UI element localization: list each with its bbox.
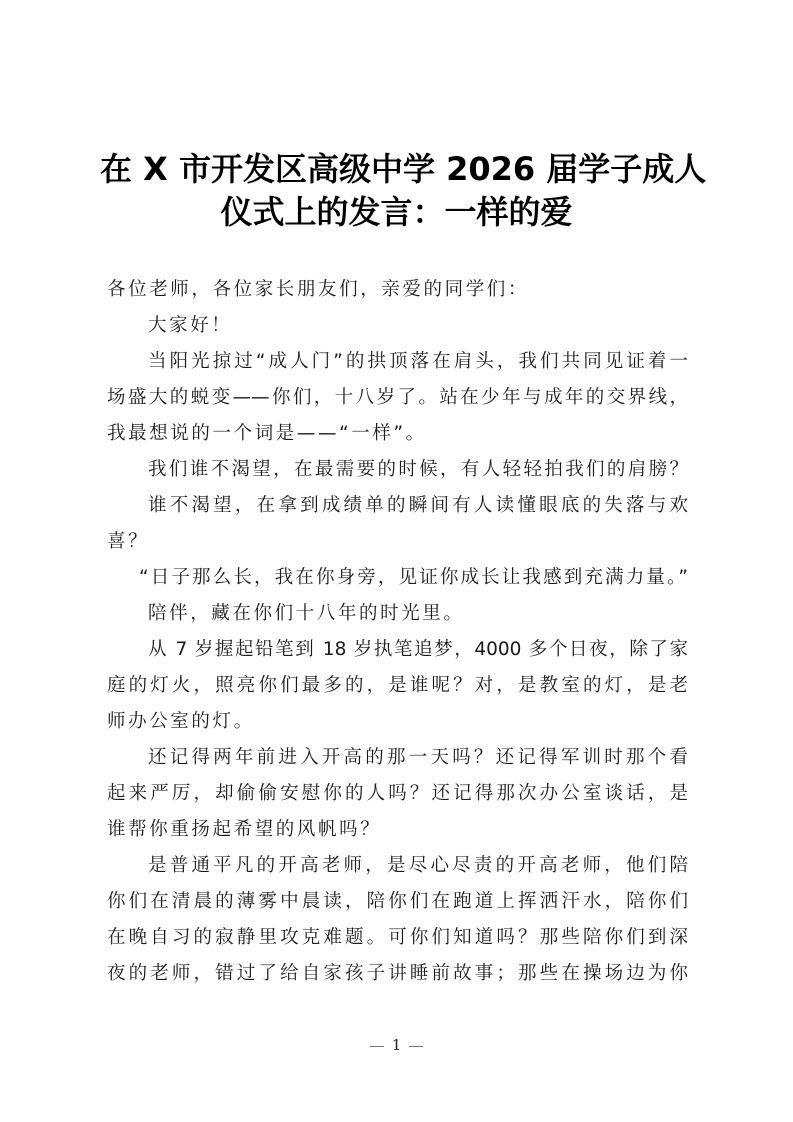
page-footer: 1: [0, 1036, 793, 1054]
text-line: 谁帮你重扬起希望的风帆吗？: [107, 812, 688, 848]
text-line: 在晚自习的寂静里攻克难题。可你们知道吗？那些陪你们到深: [107, 920, 688, 956]
footer-dash-right: [409, 1046, 423, 1047]
footer-dash-left: [370, 1046, 384, 1047]
text-line: 庭的灯火，照亮你们最多的，是谁呢？对，是教室的灯，是老: [107, 668, 688, 704]
text-line: 陪伴，藏在你们十八年的时光里。: [107, 596, 688, 632]
text-line: 大家好！: [107, 308, 688, 344]
text-line: 师办公室的灯。: [107, 704, 688, 740]
text-line: 场盛大的蜕变——你们，十八岁了。站在少年与成年的交界线，: [107, 380, 688, 416]
text-line: “日子那么长，我在你身旁，见证你成长让我感到充满力量。”: [107, 560, 688, 596]
page-number: 1: [392, 1036, 402, 1054]
text-line: 各位老师，各位家长朋友们，亲爱的同学们：: [107, 272, 688, 308]
text-line: 还记得两年前进入开高的那一天吗？还记得军训时那个看: [107, 740, 688, 776]
text-line: 起来严厉，却偷偷安慰你的人吗？还记得那次办公室谈话，是: [107, 776, 688, 812]
text-line: 喜？: [107, 524, 688, 560]
document-title: 在 X 市开发区高级中学 2026 届学子成人 仪式上的发言：一样的爱: [100, 148, 693, 234]
title-line-1: 在 X 市开发区高级中学 2026 届学子成人: [100, 148, 693, 191]
document-body: 各位老师，各位家长朋友们，亲爱的同学们：大家好！当阳光掠过“成人门”的拱顶落在肩…: [107, 272, 688, 992]
title-line-2: 仪式上的发言：一样的爱: [100, 191, 693, 234]
text-line: 谁不渴望，在拿到成绩单的瞬间有人读懂眼底的失落与欢: [107, 488, 688, 524]
text-line: 我们谁不渴望，在最需要的时候，有人轻轻拍我们的肩膀？: [107, 452, 688, 488]
text-line: 我最想说的一个词是——“一样”。: [107, 416, 688, 452]
text-line: 夜的老师，错过了给自家孩子讲睡前故事；那些在操场边为你: [107, 956, 688, 992]
text-line: 你们在清晨的薄雾中晨读，陪你们在跑道上挥洒汗水，陪你们: [107, 884, 688, 920]
text-line: 是普通平凡的开高老师，是尽心尽责的开高老师，他们陪: [107, 848, 688, 884]
text-line: 当阳光掠过“成人门”的拱顶落在肩头，我们共同见证着一: [107, 344, 688, 380]
text-line: 从 7 岁握起铅笔到 18 岁执笔追梦，4000 多个日夜，除了家: [107, 632, 688, 668]
